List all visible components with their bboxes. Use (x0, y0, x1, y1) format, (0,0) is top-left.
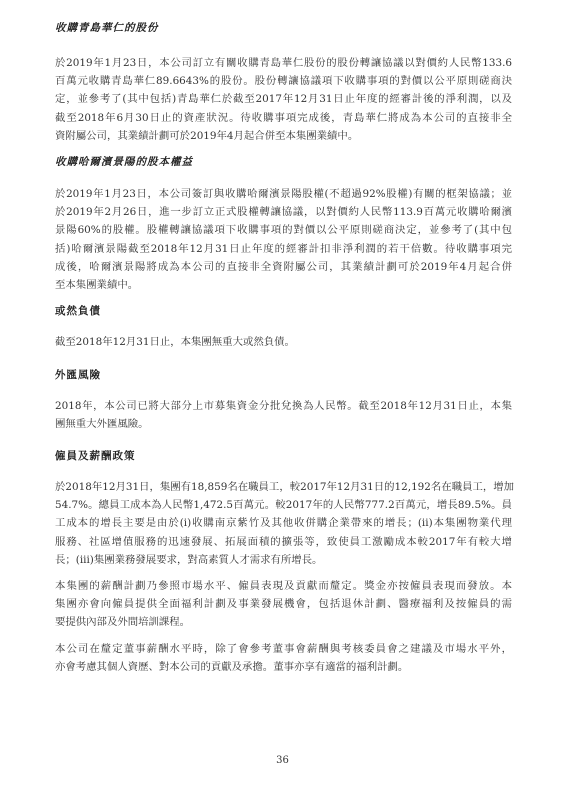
text-line: 服務、社區增值服務的迅速發展、拓展面積的擴張等，致使員工激勵成本較2017年有較… (55, 533, 512, 551)
paragraph-employees-1: 於2018年12月31日，集團有18,859名在職員工，較2017年12月31日… (55, 478, 512, 569)
text-line: 資附屬公司，其業績計劃可於2019年4月起合併至本集團業績中。 (55, 127, 512, 145)
text-line: 亦會考慮其個人資歷、對本公司的貢獻及承擔。董事亦享有適當的福利計劃。 (55, 658, 512, 676)
text-line: 工成本的增長主要是由於(i)收購南京紫竹及其他收併購企業帶來的增長；(ii)本集… (55, 514, 512, 532)
text-line: 景陽60%的股權。股權轉讓協議項下收購事項的對價以公平原則磋商決定，並參考了(其… (55, 221, 512, 239)
text-line: 截至2018年12月31日止，本集團無重大或然負債。 (55, 333, 512, 351)
section-heading-employees-remuneration: 僱員及薪酬政策 (55, 448, 136, 463)
section-heading-qingdao-huaren: 收購青島華仁的股份 (55, 20, 159, 35)
text-line: 集團亦會向僱員提供全面福利計劃及事業發展機會，包括退休計劃、醫療福利及按僱員的需 (55, 595, 512, 613)
paragraph-contingent-liabilities: 截至2018年12月31日止，本集團無重大或然負債。 (55, 333, 512, 351)
section-heading-harbin-jingyang: 收購哈爾濱景陽的股本權益 (55, 154, 193, 169)
text-line: 成後，哈爾濱景陽將成為本公司的直接非全資附屬公司，其業績計劃可於2019年4月起… (55, 258, 512, 276)
text-line: 至本集團業績中。 (55, 276, 512, 294)
text-line: 本公司在釐定董事薪酬水平時，除了會參考董事會薪酬與考核委員會之建議及市場水平外， (55, 640, 512, 658)
text-line: 定，並參考了(其中包括)青島華仁於截至2017年12月31日止年度的經審計後的淨… (55, 90, 512, 108)
paragraph-employees-2: 本集團的薪酬計劃乃參照市場水平、僱員表現及貢獻而釐定。獎金亦按僱員表現而發放。本… (55, 577, 512, 632)
text-line: 本集團的薪酬計劃乃參照市場水平、僱員表現及貢獻而釐定。獎金亦按僱員表現而發放。本 (55, 577, 512, 595)
text-line: 2018年，本公司已將大部分上市募集資金分批兌換為人民幣。截至2018年12月3… (55, 397, 512, 415)
paragraph-qingdao-huaren: 於2019年1月23日，本公司訂立有關收購青島華仁股份的股份轉讓協議以對價約人民… (55, 54, 512, 145)
text-line: 於2019年2月26日，進一步訂立正式股權轉讓協議，以對價約人民幣113.9百萬… (55, 203, 512, 221)
paragraph-fx-risk: 2018年，本公司已將大部分上市募集資金分批兌換為人民幣。截至2018年12月3… (55, 397, 512, 433)
text-line: 於2019年1月23日，本公司簽訂與收購哈爾濱景陽股權(不超過92%股權)有關的… (55, 185, 512, 203)
text-line: 截至2018年6月30日止的資產狀況。待收購事項完成後，青島華仁將成為本公司的直… (55, 109, 512, 127)
text-line: 括)哈爾濱景陽截至2018年12月31日止年度的經審計扣非淨利潤的若干倍數。待收… (55, 240, 512, 258)
paragraph-harbin-jingyang: 於2019年1月23日，本公司簽訂與收購哈爾濱景陽股權(不超過92%股權)有關的… (55, 185, 512, 294)
text-line: 團無重大外匯風險。 (55, 415, 512, 433)
paragraph-employees-3: 本公司在釐定董事薪酬水平時，除了會參考董事會薪酬與考核委員會之建議及市場水平外，… (55, 640, 512, 676)
text-line: 於2019年1月23日，本公司訂立有關收購青島華仁股份的股份轉讓協議以對價約人民… (55, 54, 512, 72)
section-heading-fx-risk: 外匯風險 (55, 367, 101, 382)
page-number: 36 (0, 755, 565, 766)
text-line: 要提供內部及外間培訓課程。 (55, 613, 512, 631)
text-line: 百萬元收購青島華仁89.6643%的股份。股份轉讓協議項下收購事項的對價以公平原… (55, 72, 512, 90)
text-line: 長；(iii)集團業務發展要求，對高素質人才需求有所增長。 (55, 551, 512, 569)
text-line: 於2018年12月31日，集團有18,859名在職員工，較2017年12月31日… (55, 478, 512, 496)
section-heading-contingent-liabilities: 或然負債 (55, 303, 101, 318)
text-line: 54.7%。總員工成本為人民幣1,472.5百萬元。較2017年的人民幣777.… (55, 496, 512, 514)
